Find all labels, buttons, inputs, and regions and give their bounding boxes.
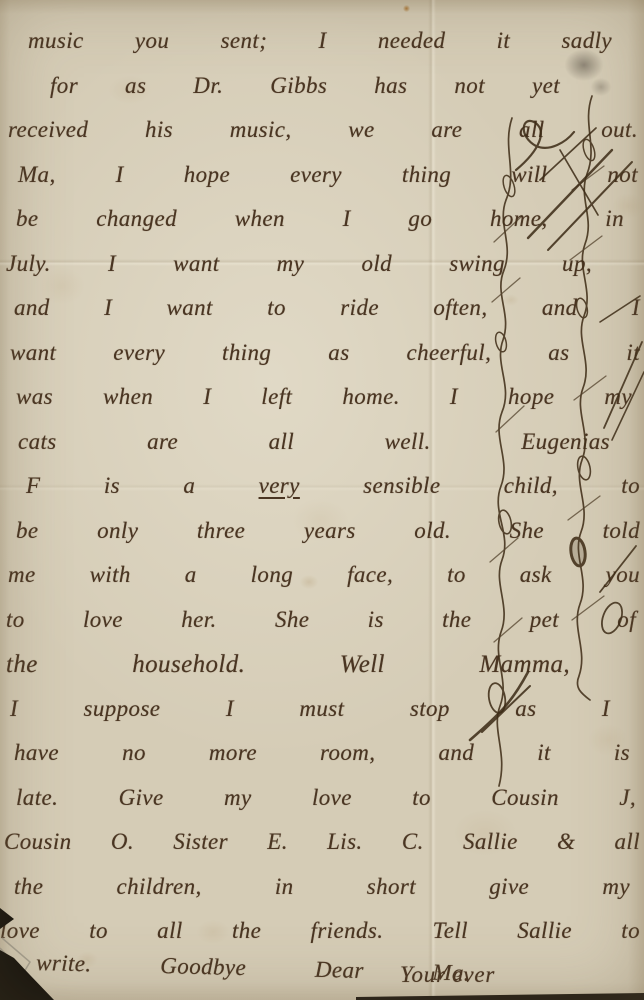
line-text: the children, in short give my [14,874,630,899]
line-text: sensible child, to [300,473,640,498]
line-text: be changed when I go home, in [16,206,624,231]
letter-line: to love her. She is the pet of [6,607,636,649]
letter-line: Ma, I hope every thing will not [18,162,638,204]
letter-line: me with a long face, to ask you [8,562,640,604]
line-text: be only three years old. She told [16,518,640,543]
line-text: F is a [26,473,259,498]
letter-line: be only three years old. She told [16,518,640,560]
line-text: have no more room, and it is [14,740,630,765]
letter-line: I suppose I must stop as I [10,696,610,738]
line-text: late. Give my love to Cousin J, [16,785,636,810]
letter-line: was when I left home. I hope my [16,384,632,426]
ink-smudge [586,74,616,100]
letter-line: Cousin O. Sister E. Lis. C. Sallie & all [4,829,640,871]
line-text: was when I left home. I hope my [16,384,632,409]
signature-fragment: Your ever [400,962,495,988]
line-text: Cousin O. Sister E. Lis. C. Sallie & all [4,829,640,854]
letter-line: July. I want my old swing up, [6,251,592,293]
line-text: me with a long face, to ask you [8,562,640,587]
letter-line: and I want to ride often, and I [14,295,640,337]
letter-line: the household. Well Mamma, [6,651,570,693]
line-text: music you sent; I needed it sadly [28,28,612,53]
letter-line: F is a very sensible child, to [26,473,640,515]
letter-line: the children, in short give my [14,874,630,916]
letter-line: cats are all well. Eugenias [18,429,610,471]
letter-line: be changed when I go home, in [16,206,624,248]
line-text: the household. Well Mamma, [6,651,570,678]
line-text: and I want to ride often, and I [14,295,640,320]
line-text: received his music, we are all out. [8,117,638,142]
line-text: for as Dr. Gibbs has not yet [50,73,560,98]
line-text: July. I want my old swing up, [6,251,592,276]
line-text: want every thing as cheerful, as it [10,340,640,365]
line-text: to love her. She is the pet of [6,607,636,632]
letter-line: late. Give my love to Cousin J, [16,785,636,827]
letter-line: received his music, we are all out. [8,117,638,159]
letter-line: have no more room, and it is [14,740,630,782]
line-text: cats are all well. Eugenias [18,429,610,454]
letter-line: want every thing as cheerful, as it [10,340,640,382]
line-text: Ma, I hope every thing will not [18,162,638,187]
underlined-word: very [259,473,300,498]
ink-dot [402,4,411,13]
letter-page: music you sent; I needed it sadly for as… [0,0,644,1000]
line-text: I suppose I must stop as I [10,696,610,721]
letter-line: for as Dr. Gibbs has not yet [50,73,560,115]
line-text: love to all the friends. Tell Sallie to [0,918,640,943]
letter-line: music you sent; I needed it sadly [28,28,612,70]
